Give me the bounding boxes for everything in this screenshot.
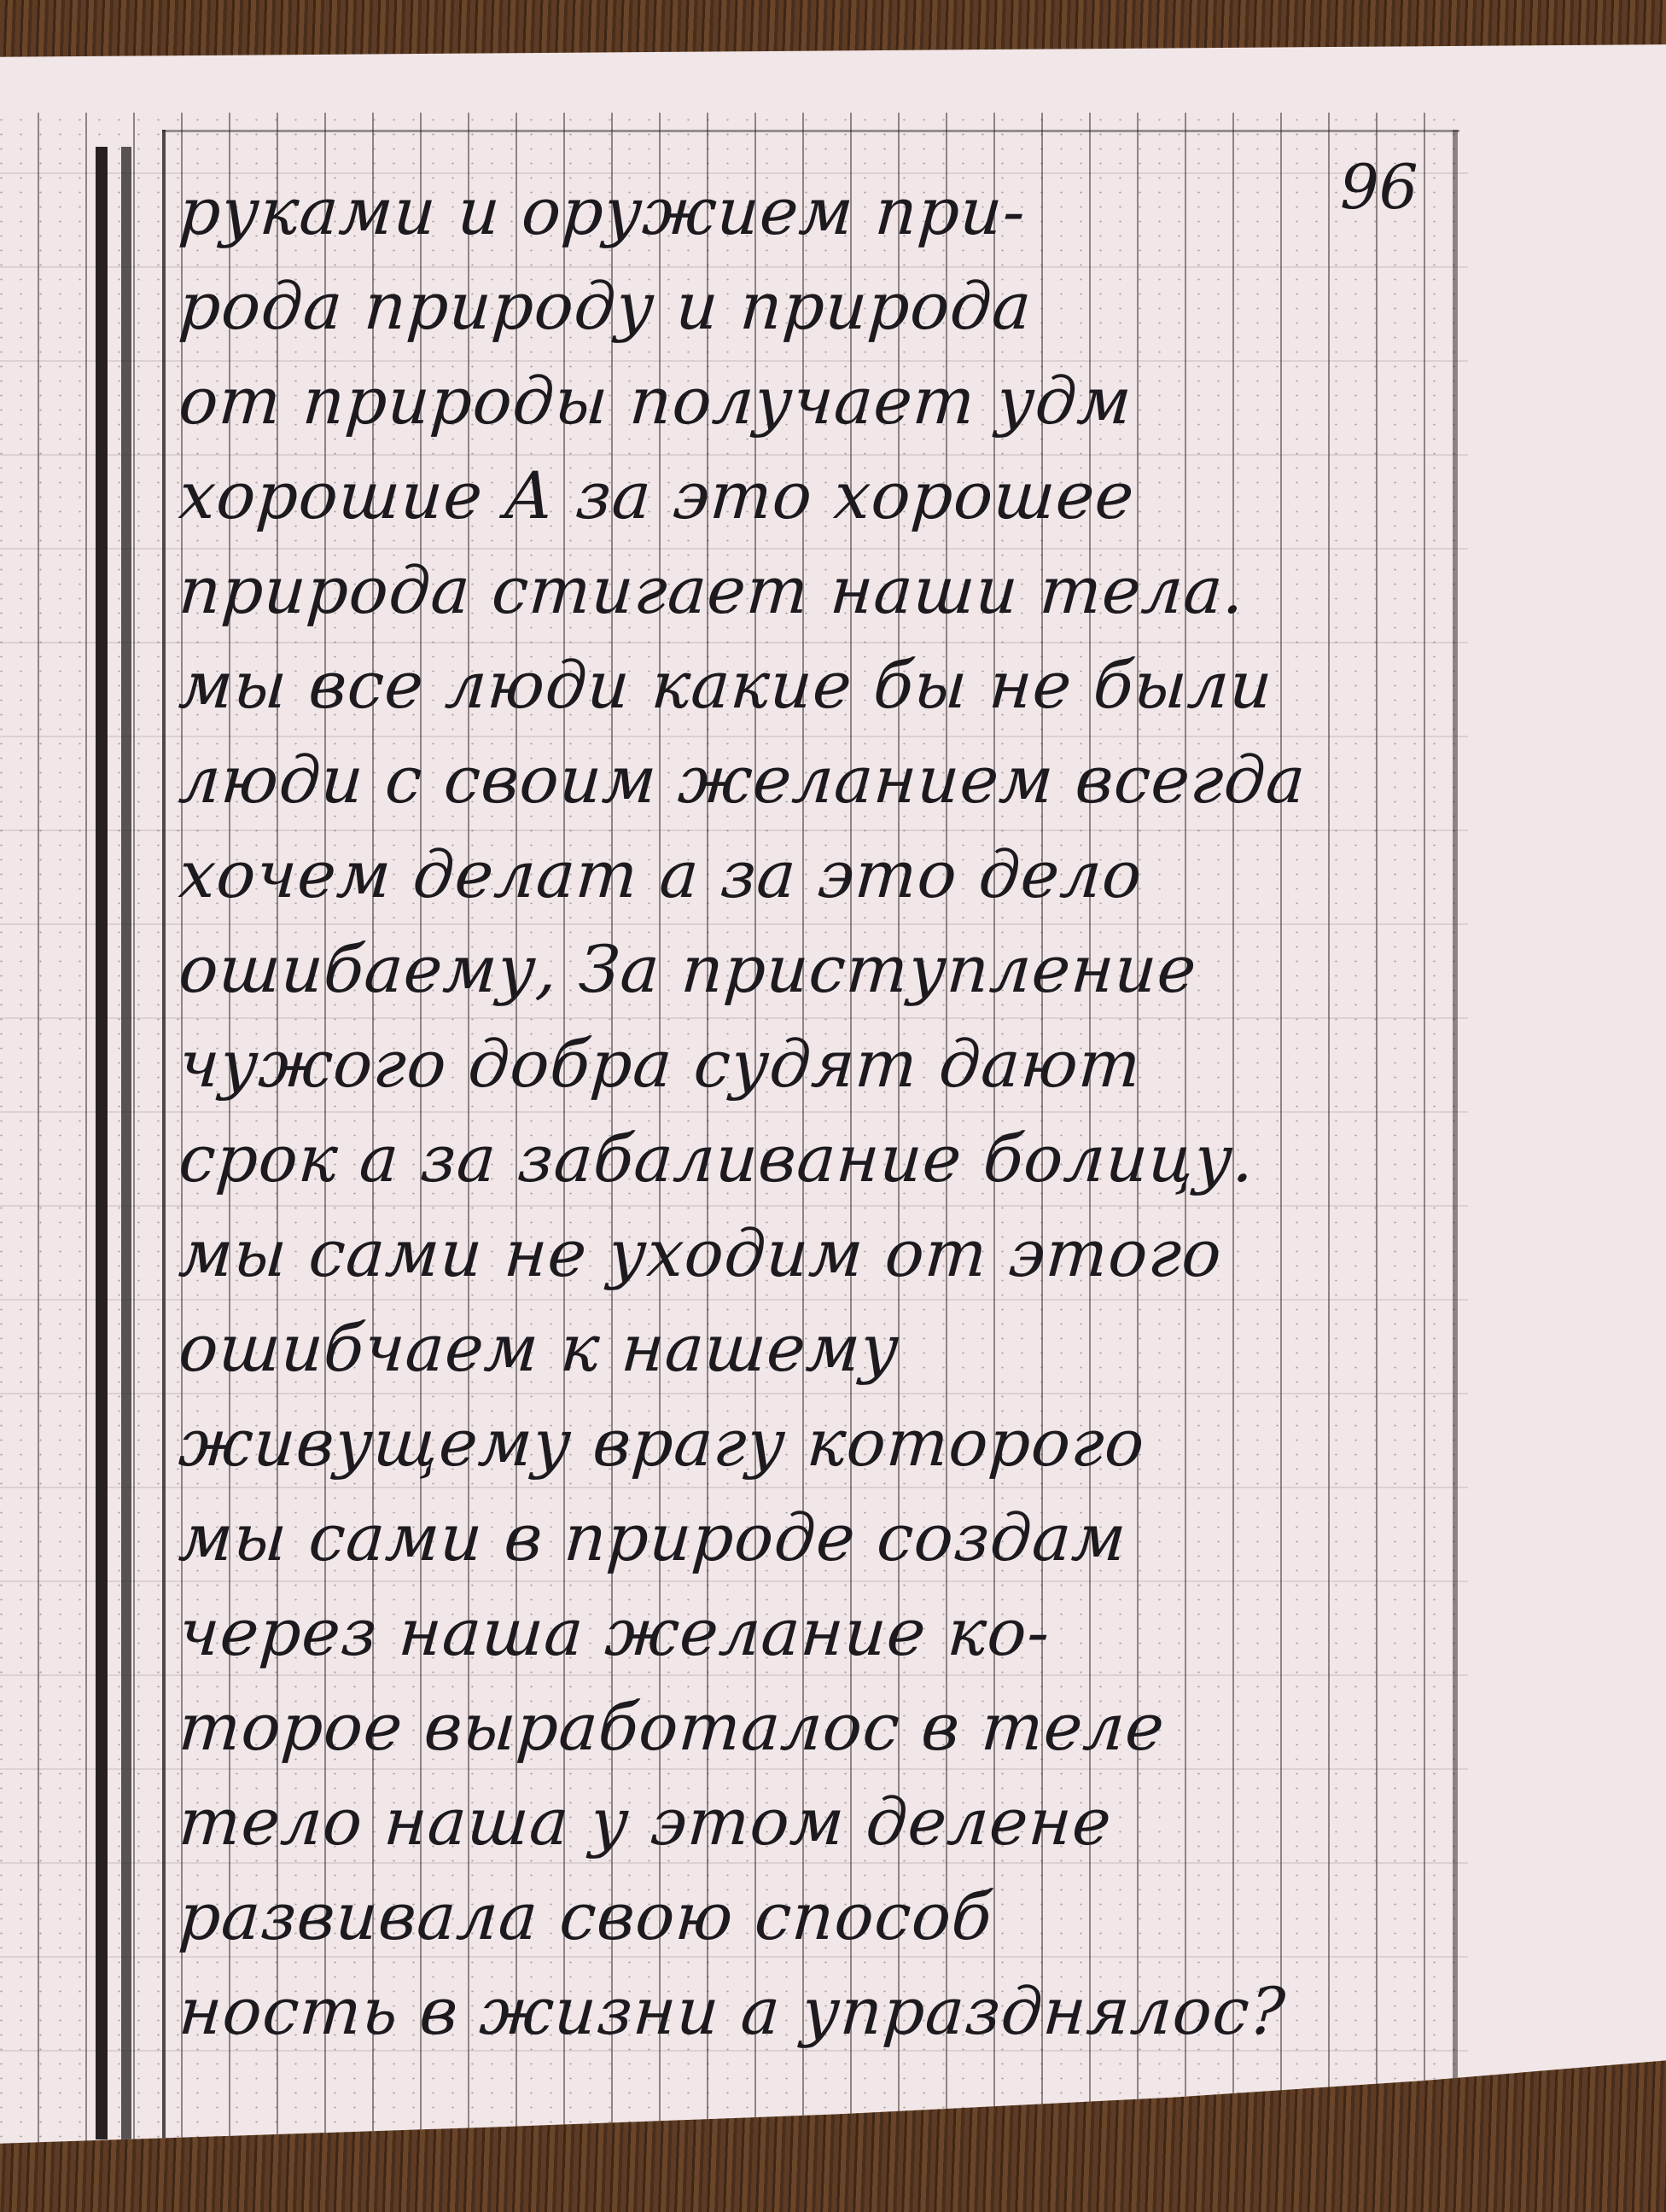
text-line: рода природу и природа (176, 259, 1446, 353)
text-line: природа стигает наши тела. (176, 543, 1446, 637)
text-line: чужого добра судят дают (176, 1016, 1446, 1111)
text-line: от природы получает удм (176, 353, 1446, 448)
text-line: люди с своим желанием всегда (176, 732, 1446, 827)
grid-top-rule (162, 130, 1459, 132)
text-line: ность в жизни а упразднялос? (176, 1964, 1446, 2058)
text-line: хорошие А за это хорошее (176, 448, 1446, 543)
text-line: живущему врагу которого (176, 1395, 1446, 1490)
text-line: развивала свою способ (176, 1869, 1446, 1964)
handwritten-text: руками и оружием при- рода природу и при… (179, 164, 1442, 2058)
text-line: ошибчаем к нашему (176, 1301, 1446, 1395)
text-line: мы сами не уходим от этого (176, 1206, 1446, 1301)
grid-right-border (1453, 130, 1458, 2144)
text-line: хочем делат а за это дело (176, 827, 1446, 922)
margin-line-thin (162, 130, 166, 2144)
text-line: мы все люди какие бы не были (176, 637, 1446, 732)
margin-line-thick-secondary (121, 147, 131, 2139)
text-line: тело наша у этом делене (176, 1774, 1446, 1869)
text-line: торое выработалос в теле (176, 1679, 1446, 1774)
text-line: ошибаему, За приступление (176, 922, 1446, 1016)
text-line: руками и оружием при- (176, 164, 1446, 259)
margin-line-thick (96, 147, 108, 2139)
text-line: мы сами в природе создам (176, 1490, 1446, 1585)
paper-sheet: 96 руками и оружием при- рода природу и … (0, 44, 1666, 2152)
text-line: срок а за забаливание болицу. (176, 1111, 1446, 1206)
text-line: через наша желание ко- (176, 1585, 1446, 1679)
